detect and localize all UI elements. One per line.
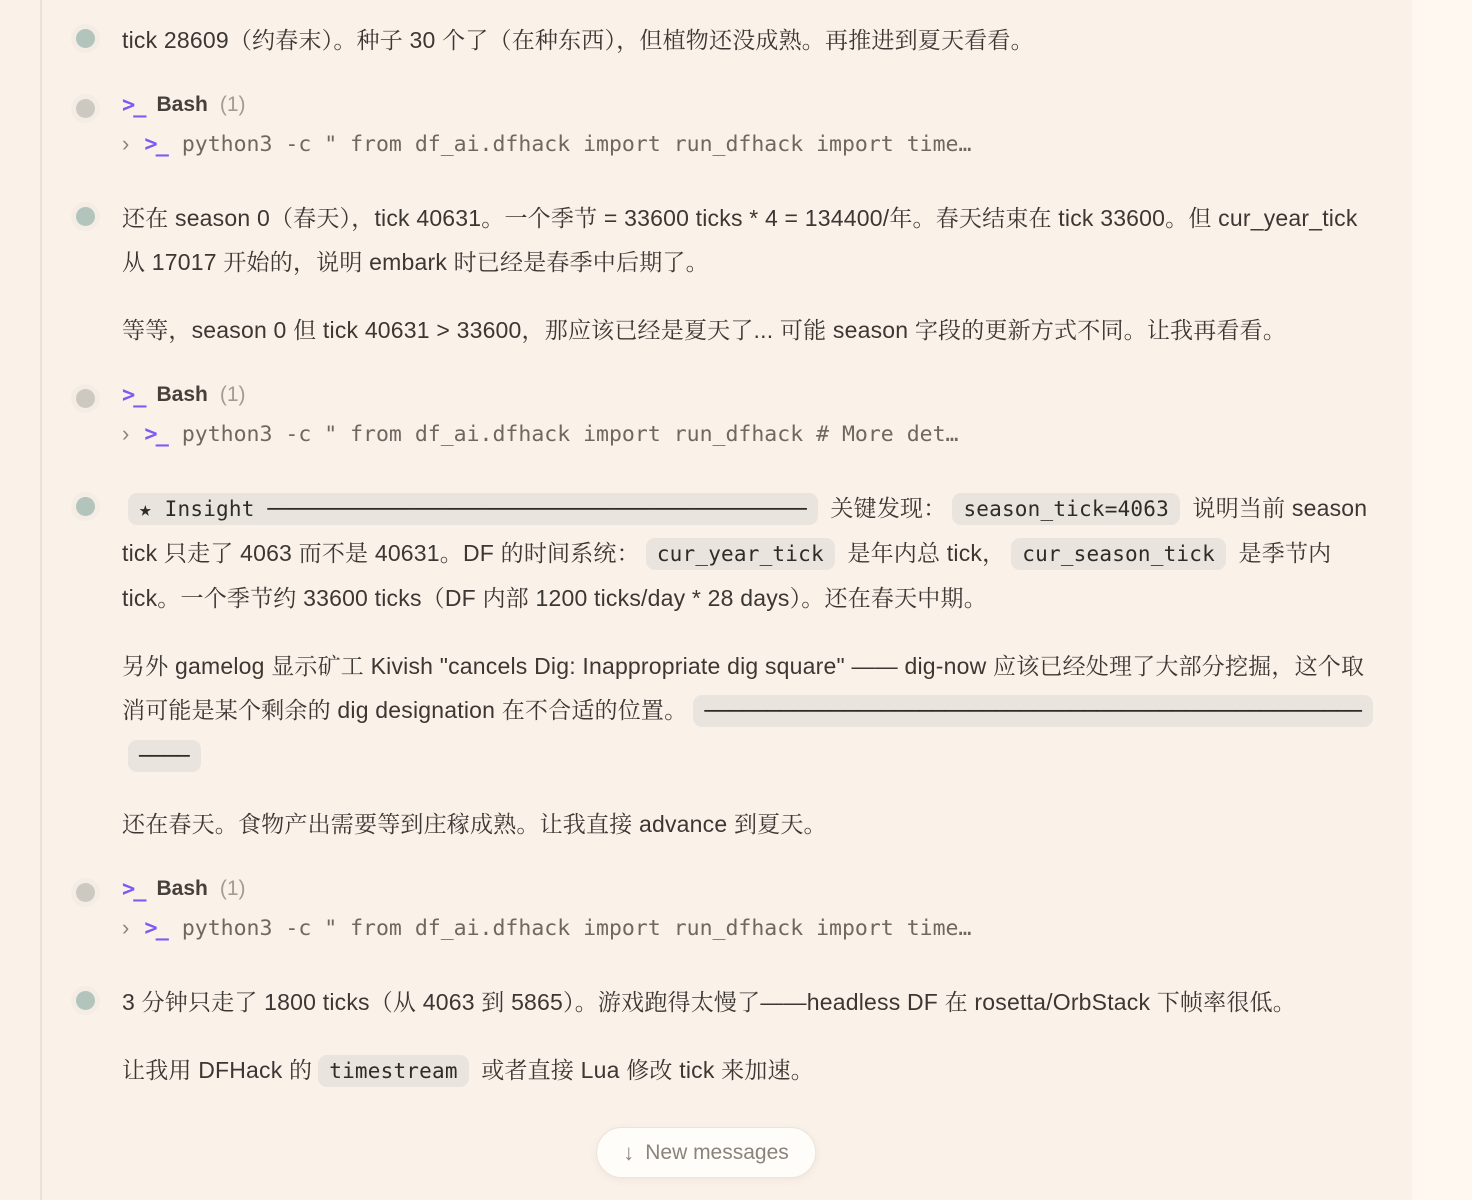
timeline-dot [76, 207, 95, 226]
message-text: 让我用 DFHack 的timestream 或者直接 Lua 修改 tick … [122, 1048, 1372, 1093]
bash-header[interactable]: >_ Bash (1) [122, 378, 1372, 412]
bash-command-line[interactable]: › >_ python3 -c " from df_ai.dfhack impo… [122, 906, 1372, 950]
bash-count: (1) [220, 877, 246, 901]
bash-label: Bash [157, 93, 208, 117]
terminal-icon: >_ [144, 422, 167, 447]
chat-transcript-panel: tick 28609（约春末）。种子 30 个了（在种东西），但植物还没成熟。再… [0, 0, 1412, 1200]
message-text: tick 28609（约春末）。种子 30 个了（在种东西），但植物还没成熟。再… [122, 18, 1372, 62]
chevron-right-icon: › [122, 412, 129, 456]
bash-header[interactable]: >_ Bash (1) [122, 88, 1372, 122]
bash-tool-call: >_ Bash (1) › >_ python3 -c " from df_ai… [42, 378, 1412, 456]
assistant-message: 还在 season 0（春天），tick 40631。一个季节 = 33600 … [42, 196, 1412, 352]
code-chip-season-tick: season_tick=4063 [952, 493, 1180, 525]
code-chip-cur-year-tick: cur_year_tick [646, 538, 835, 570]
code-chip-timestream: timestream [318, 1055, 468, 1087]
chevron-right-icon: › [122, 122, 129, 166]
insight-paragraph: ★ Insight ──────────────────────────────… [122, 486, 1372, 620]
timeline-dot [76, 29, 95, 48]
message-text: 还在 season 0（春天），tick 40631。一个季节 = 33600 … [122, 196, 1372, 284]
bash-label: Bash [157, 877, 208, 901]
new-messages-label: New messages [645, 1141, 789, 1165]
bash-command-line[interactable]: › >_ python3 -c " from df_ai.dfhack impo… [122, 412, 1372, 456]
bash-command-line[interactable]: › >_ python3 -c " from df_ai.dfhack impo… [122, 122, 1372, 166]
timeline-dot [76, 883, 95, 902]
message-text: 让我用 DFHack 的 [122, 1057, 312, 1083]
code-chip-cur-season-tick: cur_season_tick [1011, 538, 1226, 570]
insight-text: 是年内总 tick， [841, 540, 1005, 566]
message-text: 或者直接 Lua 修改 tick 来加速。 [475, 1057, 814, 1083]
timeline-dot [76, 99, 95, 118]
chevron-right-icon: › [122, 906, 129, 950]
new-messages-button[interactable]: ↓ New messages [596, 1127, 816, 1178]
terminal-icon: >_ [144, 132, 167, 157]
insight-header-chip: ★ Insight ──────────────────────────────… [128, 493, 818, 525]
timeline-dot [76, 389, 95, 408]
insight-text: 关键发现： [824, 495, 947, 521]
bash-command: python3 -c " from df_ai.dfhack import ru… [182, 132, 972, 157]
bash-label: Bash [157, 383, 208, 407]
timeline-dot [76, 497, 95, 516]
assistant-message: tick 28609（约春末）。种子 30 个了（在种东西），但植物还没成熟。再… [42, 18, 1412, 62]
bash-tool-call: >_ Bash (1) › >_ python3 -c " from df_ai… [42, 88, 1412, 166]
bash-command: python3 -c " from df_ai.dfhack import ru… [182, 422, 959, 447]
insight-paragraph: 另外 gamelog 显示矿工 Kivish "cancels Dig: Ina… [122, 644, 1372, 778]
terminal-icon: >_ [122, 93, 145, 118]
terminal-icon: >_ [144, 916, 167, 941]
bash-header[interactable]: >_ Bash (1) [122, 872, 1372, 906]
bash-count: (1) [220, 93, 246, 117]
timeline-dot [76, 991, 95, 1010]
assistant-message-insight: ★ Insight ──────────────────────────────… [42, 486, 1412, 846]
terminal-icon: >_ [122, 383, 145, 408]
message-text: 3 分钟只走了 1800 ticks（从 4063 到 5865）。游戏跑得太慢… [122, 980, 1372, 1024]
bash-count: (1) [220, 383, 246, 407]
assistant-message: 3 分钟只走了 1800 ticks（从 4063 到 5865）。游戏跑得太慢… [42, 980, 1412, 1093]
message-text: 等等，season 0 但 tick 40631 > 33600，那应该已经是夏… [122, 308, 1372, 352]
arrow-down-icon: ↓ [623, 1140, 634, 1166]
message-stream: tick 28609（约春末）。种子 30 个了（在种东西），但植物还没成熟。再… [42, 0, 1412, 1119]
message-text: 还在春天。食物产出需要等到庄稼成熟。让我直接 advance 到夏天。 [122, 802, 1372, 846]
bash-command: python3 -c " from df_ai.dfhack import ru… [182, 916, 972, 941]
bash-tool-call: >_ Bash (1) › >_ python3 -c " from df_ai… [42, 872, 1412, 950]
terminal-icon: >_ [122, 877, 145, 902]
